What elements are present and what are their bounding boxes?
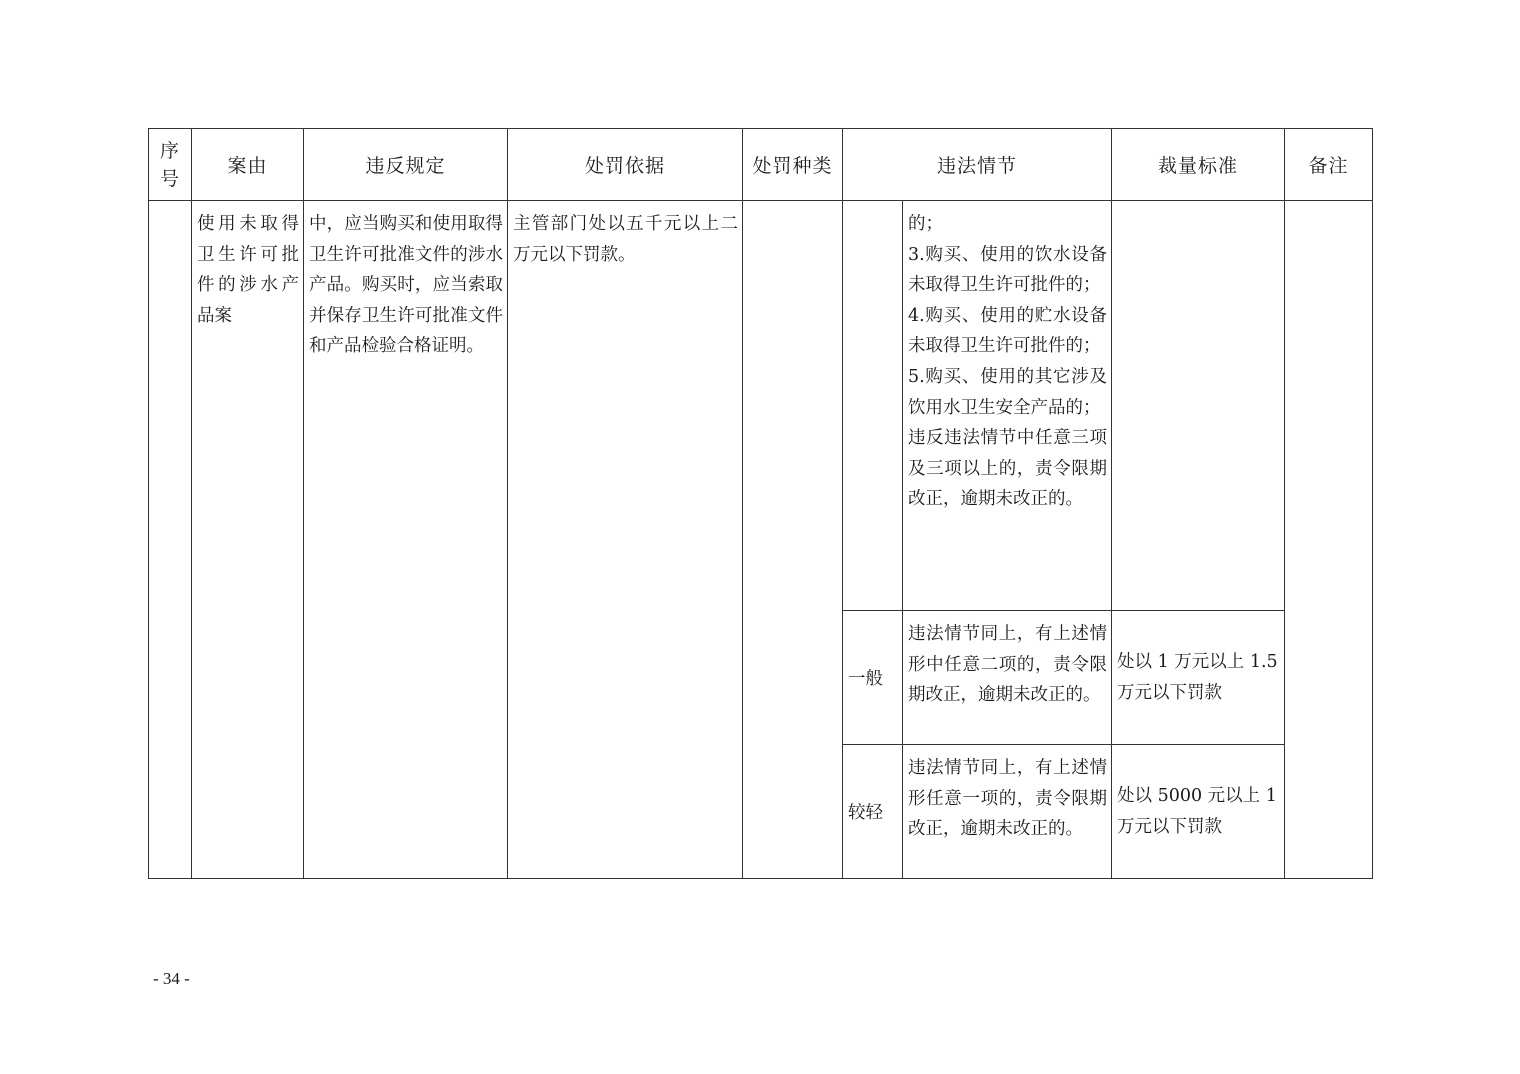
page-number: - 34 - [153, 969, 190, 989]
cell-standard-0 [1112, 201, 1285, 611]
cell-level-2: 较轻 [843, 745, 903, 879]
violated-rule-text: 中，应当购买和使用取得卫生许可批准文件的涉水产品。购买时，应当索取并保存卫生许可… [304, 201, 507, 362]
standard-text: 处以 1 万元以上 1.5 万元以下罚款 [1112, 647, 1284, 708]
circumstances-text: 违法情节同上，有上述情形中任意二项的，责令限期改正，逾期未改正的。 [903, 611, 1111, 711]
table-row: 使用未取得卫生许可批件的涉水产品案 中，应当购买和使用取得卫生许可批准文件的涉水… [149, 201, 1373, 611]
header-circumstances: 违法情节 [843, 129, 1112, 201]
cell-standard-1: 处以 1 万元以上 1.5 万元以下罚款 [1112, 611, 1285, 745]
header-remarks: 备注 [1285, 129, 1373, 201]
header-penalty-type: 处罚种类 [743, 129, 843, 201]
cell-standard-2: 处以 5000 元以上 1 万元以下罚款 [1112, 745, 1285, 879]
cell-remarks [1285, 201, 1373, 879]
penalty-basis-text: 主管部门处以五千元以上二万元以下罚款。 [508, 201, 742, 270]
cell-case: 使用未取得卫生许可批件的涉水产品案 [192, 201, 304, 879]
cell-violated-rule: 中，应当购买和使用取得卫生许可批准文件的涉水产品。购买时，应当索取并保存卫生许可… [304, 201, 508, 879]
cell-penalty-basis: 主管部门处以五千元以上二万元以下罚款。 [508, 201, 743, 879]
document-page: 序 号 案由 违反规定 处罚依据 处罚种类 违法情节 裁量标准 备注 使用未取得… [0, 0, 1520, 1074]
table-header-row: 序 号 案由 违反规定 处罚依据 处罚种类 违法情节 裁量标准 备注 [149, 129, 1373, 201]
header-discretion-standard: 裁量标准 [1112, 129, 1285, 201]
standard-text: 处以 5000 元以上 1 万元以下罚款 [1112, 781, 1284, 842]
case-text: 使用未取得卫生许可批件的涉水产品案 [192, 201, 303, 331]
circumstances-text: 违法情节同上，有上述情形任意一项的，责令限期改正，逾期未改正的。 [903, 745, 1111, 845]
header-violated-rule: 违反规定 [304, 129, 508, 201]
cell-level-0 [843, 201, 903, 611]
header-seq: 序 号 [149, 129, 192, 201]
cell-circumstances-2: 违法情节同上，有上述情形任意一项的，责令限期改正，逾期未改正的。 [903, 745, 1112, 879]
cell-penalty-type [743, 201, 843, 879]
cell-circumstances-0: 的； 3.购买、使用的饮水设备未取得卫生许可批件的； 4.购买、使用的贮水设备未… [903, 201, 1112, 611]
cell-circumstances-1: 违法情节同上，有上述情形中任意二项的，责令限期改正，逾期未改正的。 [903, 611, 1112, 745]
circumstances-text: 的； 3.购买、使用的饮水设备未取得卫生许可批件的； 4.购买、使用的贮水设备未… [903, 201, 1111, 515]
header-case: 案由 [192, 129, 304, 201]
header-penalty-basis: 处罚依据 [508, 129, 743, 201]
cell-seq [149, 201, 192, 879]
penalty-discretion-table: 序 号 案由 违反规定 处罚依据 处罚种类 违法情节 裁量标准 备注 使用未取得… [148, 128, 1373, 879]
cell-level-1: 一般 [843, 611, 903, 745]
